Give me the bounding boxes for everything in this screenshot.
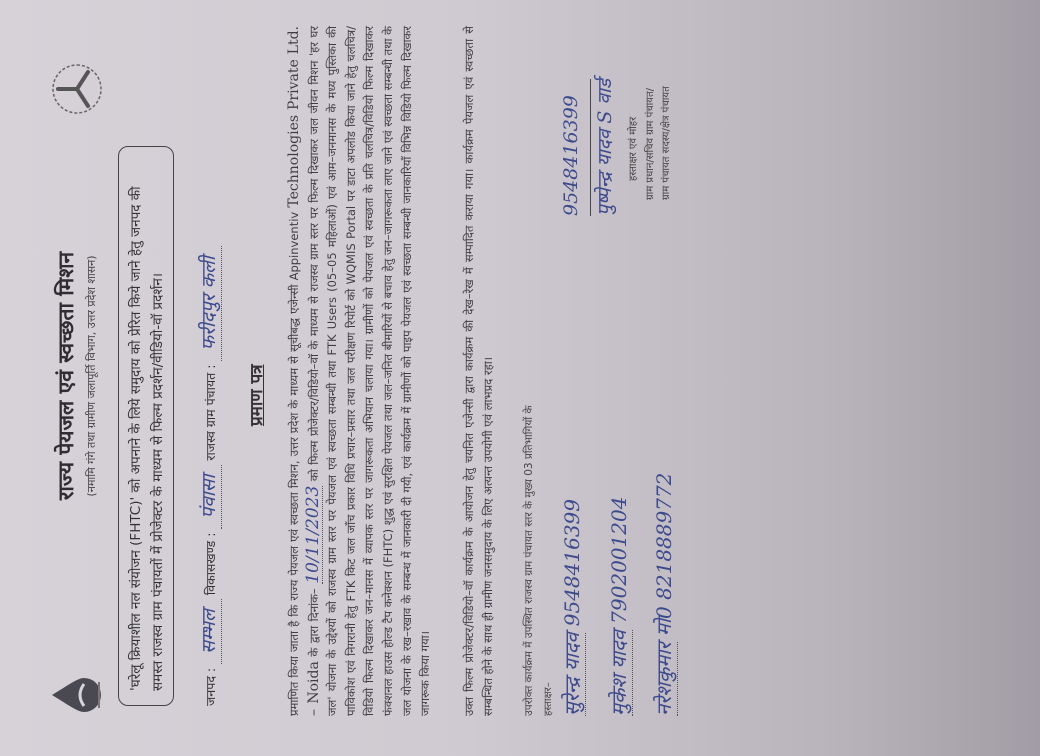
program-date: 10/11/2023 <box>304 486 324 584</box>
date-prefix: के द्वारा दिनांक– <box>307 588 321 656</box>
participant-name: नरेशकुमार <box>650 642 678 716</box>
banner-line-2: समस्त राजस्व ग्राम पंचायतों में प्रोजेक्… <box>147 161 169 691</box>
participant-name: सुरेन्द्र यादव <box>558 633 586 716</box>
participant-signature-1: सुरेन्द्र यादव 9548416399 <box>558 499 586 716</box>
participant-phone: 7902001204 <box>607 497 631 624</box>
panchayat-label: राजस्व ग्राम पंचायत : <box>203 365 218 461</box>
certificate-body: प्रमाणित किया जाता है कि राज्य पेयजल एवं… <box>285 26 435 716</box>
mission-title: राज्य पेयजल एवं स्वच्छता मिशन <box>52 126 80 626</box>
participant-phone: 9548416399 <box>560 499 584 626</box>
attendance-line: उपरोक्त कार्यक्रम में उपस्थित राजस्व ग्र… <box>522 405 536 716</box>
signature-label: हस्ताक्षर– <box>540 682 554 716</box>
block-label: विकासखण्ड : <box>203 533 218 596</box>
certificate-paragraph-2: उक्त फिल्म प्रोजेक्टर/विडियो–वॉ कार्यक्र… <box>460 26 497 716</box>
stamp-label: हस्ताक्षर एवं मोहर <box>625 117 639 181</box>
certificate-title: प्रमाण पत्र <box>244 365 267 427</box>
body-rest: को फिल्म प्रोजेक्टर/विडियो–वॉ के माध्यम … <box>307 26 433 716</box>
block-value: पंवासा <box>195 465 222 529</box>
participant-signature-3: नरेशकुमार मो0 8218889772 <box>650 473 678 716</box>
participant-name: मुकेश यादव <box>605 630 633 716</box>
water-drop-logo-icon <box>50 674 104 716</box>
authority-phone: 9548416399 <box>560 95 582 216</box>
panchayat-value: फरीदपुर कली <box>195 246 222 360</box>
authority-signature: पुष्पेन्द्र यादव S वार्ड <box>590 79 617 216</box>
participant-signature-2: मुकेश यादव 7902001204 <box>605 497 633 716</box>
certificate-sheet: राज्य पेयजल एवं स्वच्छता मिशन (नमामि गंग… <box>0 0 1040 756</box>
swachh-emblem-icon <box>50 62 104 116</box>
location-fields: जनपद : सम्भल विकासखण्ड : पंवासा राजस्व ग… <box>195 26 222 706</box>
district-value: सम्भल <box>195 599 222 664</box>
participant-phone: मो0 8218889772 <box>652 473 676 636</box>
body-intro: प्रमाणित किया जाता है कि राज्य पेयजल एवं… <box>287 212 301 716</box>
mission-subtitle: (नमामि गंगे तथा ग्रामीण जलापूर्ति विभाग,… <box>84 126 99 626</box>
banner-line-1: 'घरेलू क्रियाशील नल संयोजन (FHTC)' को अप… <box>125 161 147 691</box>
authority-role-line-1: ग्राम प्रधान/सचिव ग्राम पंचायत/ <box>642 88 656 200</box>
authority-role-line-2: ग्राम पंचायत सदस्य/क्षेत्र पंचायत <box>658 86 672 200</box>
district-label: जनपद : <box>203 668 218 706</box>
program-banner: 'घरेलू क्रियाशील नल संयोजन (FHTC)' को अप… <box>118 146 174 706</box>
